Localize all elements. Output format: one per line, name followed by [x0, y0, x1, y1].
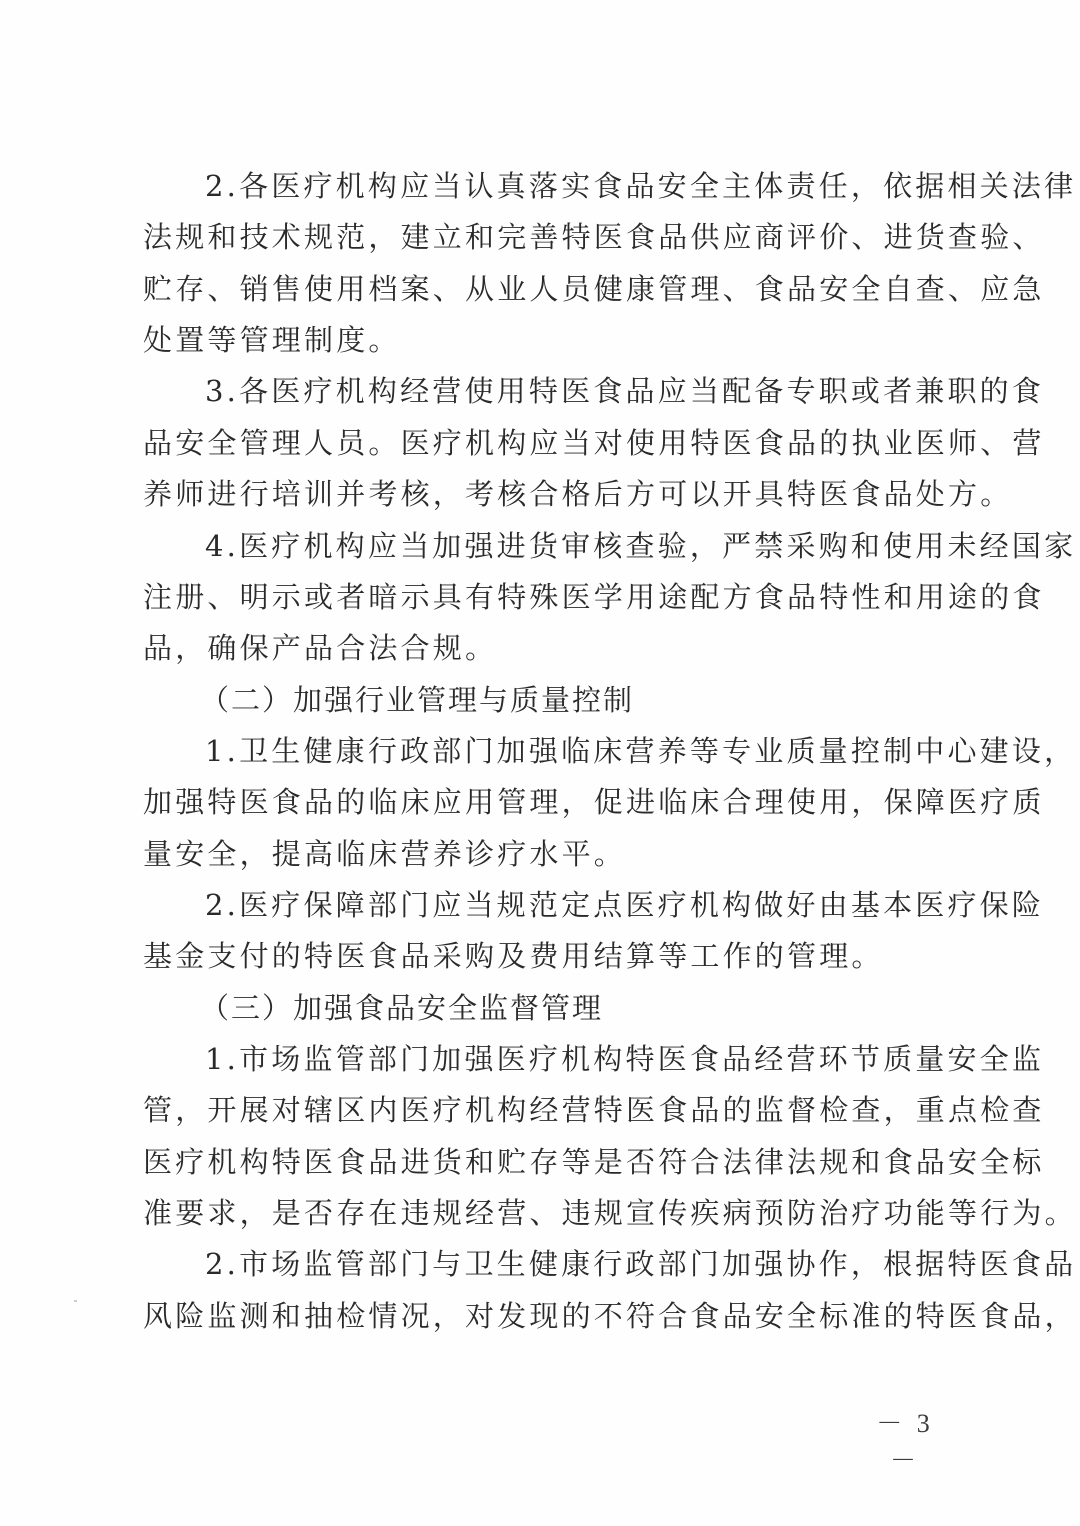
paragraph-line: 风险监测和抽检情况，对发现的不符合食品安全标准的特医食品， [143, 1296, 963, 1336]
paragraph-line: 养师进行培训并考核，考核合格后方可以开具特医食品处方。 [143, 474, 963, 514]
paragraph-line: 贮存、销售使用档案、从业人员健康管理、食品安全自查、应急 [143, 269, 963, 309]
paragraph-line: 1.卫生健康行政部门加强临床营养等专业质量控制中心建设， [205, 731, 963, 771]
paragraph-line: 2.市场监管部门与卫生健康行政部门加强协作，根据特医食品 [205, 1244, 963, 1284]
paragraph-line: 2.各医疗机构应当认真落实食品安全主体责任，依据相关法律 [205, 166, 963, 206]
paragraph-line: 注册、明示或者暗示具有特殊医学用途配方食品特性和用途的食 [143, 577, 963, 617]
paragraph-line: 品，确保产品合法合规。 [143, 628, 963, 668]
paragraph-line: 法规和技术规范，建立和完善特医食品供应商评价、进货查验、 [143, 217, 963, 257]
paragraph-line: 2.医疗保障部门应当规范定点医疗机构做好由基本医疗保险 [205, 885, 963, 925]
paragraph-line: 准要求，是否存在违规经营、违规宣传疾病预防治疗功能等行为。 [143, 1193, 963, 1233]
paragraph-line: 管，开展对辖区内医疗机构经营特医食品的监督检查，重点检查 [143, 1090, 963, 1130]
section-heading: （二）加强行业管理与质量控制 [200, 680, 634, 720]
paragraph-line: 4.医疗机构应当加强进货审核查验，严禁采购和使用未经国家 [205, 526, 963, 566]
paragraph-line: 3.各医疗机构经营使用特医食品应当配备专职或者兼职的食 [205, 371, 963, 411]
paragraph-line: 1.市场监管部门加强医疗机构特医食品经营环节质量安全监 [205, 1039, 963, 1079]
paragraph-line: 医疗机构特医食品进货和贮存等是否符合法律法规和食品安全标 [143, 1142, 963, 1182]
scan-artifact [74, 1300, 77, 1302]
paragraph-line: 量安全，提高临床营养诊疗水平。 [143, 834, 963, 874]
section-heading: （三）加强食品安全监督管理 [200, 988, 603, 1028]
document-page: 2.各医疗机构应当认真落实食品安全主体责任，依据相关法律 法规和技术规范，建立和… [0, 0, 1080, 1526]
paragraph-line: 加强特医食品的临床应用管理，促进临床合理使用，保障医疗质 [143, 782, 963, 822]
paragraph-line: 基金支付的特医食品采购及费用结算等工作的管理。 [143, 936, 963, 976]
page-number: － 3 － [860, 1403, 950, 1477]
paragraph-line: 品安全管理人员。医疗机构应当对使用特医食品的执业医师、营 [143, 423, 963, 463]
paragraph-line: 处置等管理制度。 [143, 320, 963, 360]
